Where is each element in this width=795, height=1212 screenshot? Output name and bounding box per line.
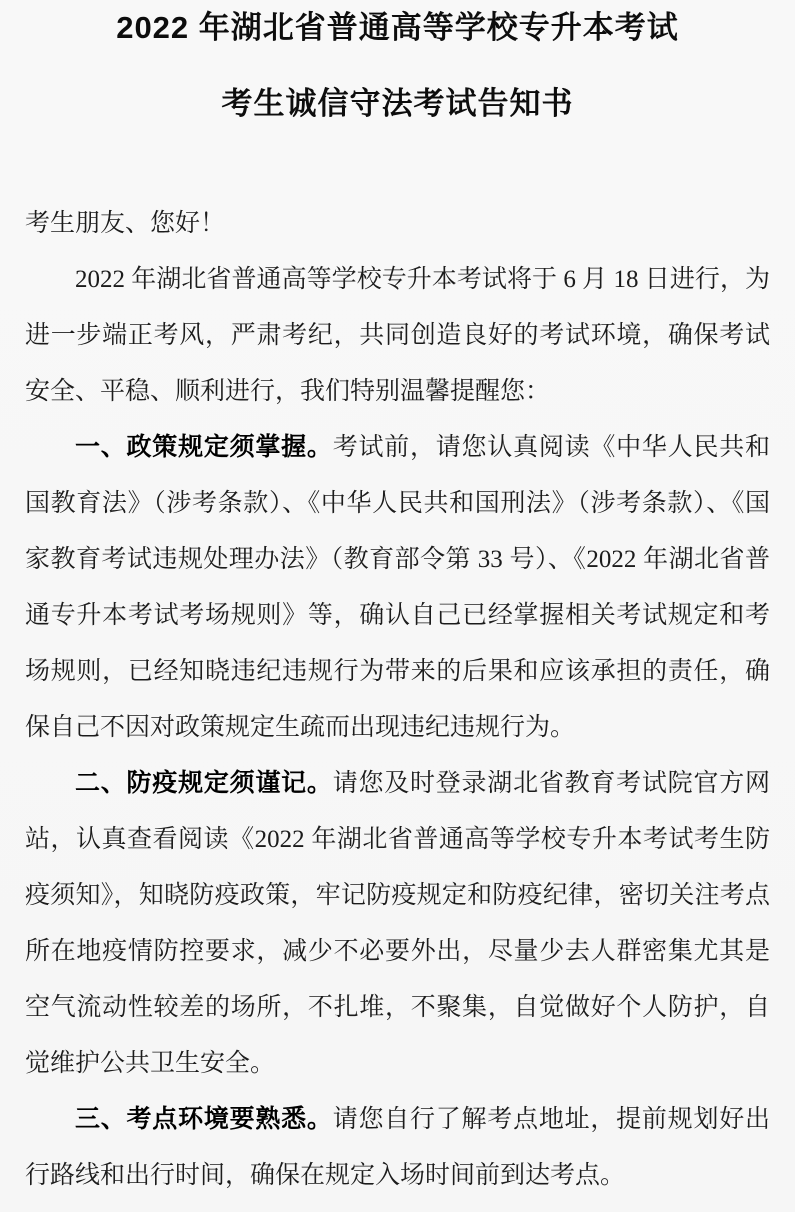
section-2-text: 请您及时登录湖北省教育考试院官方网站，认真查看阅读《2022 年湖北省普通高等学…: [25, 770, 770, 1077]
section-2-paragraph: 二、防疫规定须谨记。请您及时登录湖北省教育考试院官方网站，认真查看阅读《2022…: [25, 756, 770, 1092]
greeting-line: 考生朋友、您好！: [25, 196, 770, 252]
section-2-heading: 二、防疫规定须谨记。: [75, 770, 333, 797]
document-title-line2: 考生诚信守法考试告知书: [25, 84, 770, 124]
section-3-paragraph: 三、考点环境要熟悉。请您自行了解考点地址，提前规划好出行路线和出行时间，确保在规…: [25, 1092, 770, 1204]
document-title-line1: 2022 年湖北省普通高等学校专升本考试: [25, 0, 770, 48]
document-body: 考生朋友、您好！ 2022 年湖北省普通高等学校专升本考试将于 6 月 18 日…: [25, 196, 770, 1204]
section-3-heading: 三、考点环境要熟悉。: [75, 1106, 333, 1133]
section-1-heading: 一、政策规定须掌握。: [75, 434, 333, 461]
section-1-paragraph: 一、政策规定须掌握。考试前，请您认真阅读《中华人民共和国教育法》（涉考条款）、《…: [25, 420, 770, 756]
section-1-text: 考试前，请您认真阅读《中华人民共和国教育法》（涉考条款）、《中华人民共和国刑法》…: [25, 434, 770, 741]
intro-paragraph: 2022 年湖北省普通高等学校专升本考试将于 6 月 18 日进行，为进一步端正…: [25, 252, 770, 420]
document-page: 2022 年湖北省普通高等学校专升本考试 考生诚信守法考试告知书 考生朋友、您好…: [0, 0, 795, 1212]
